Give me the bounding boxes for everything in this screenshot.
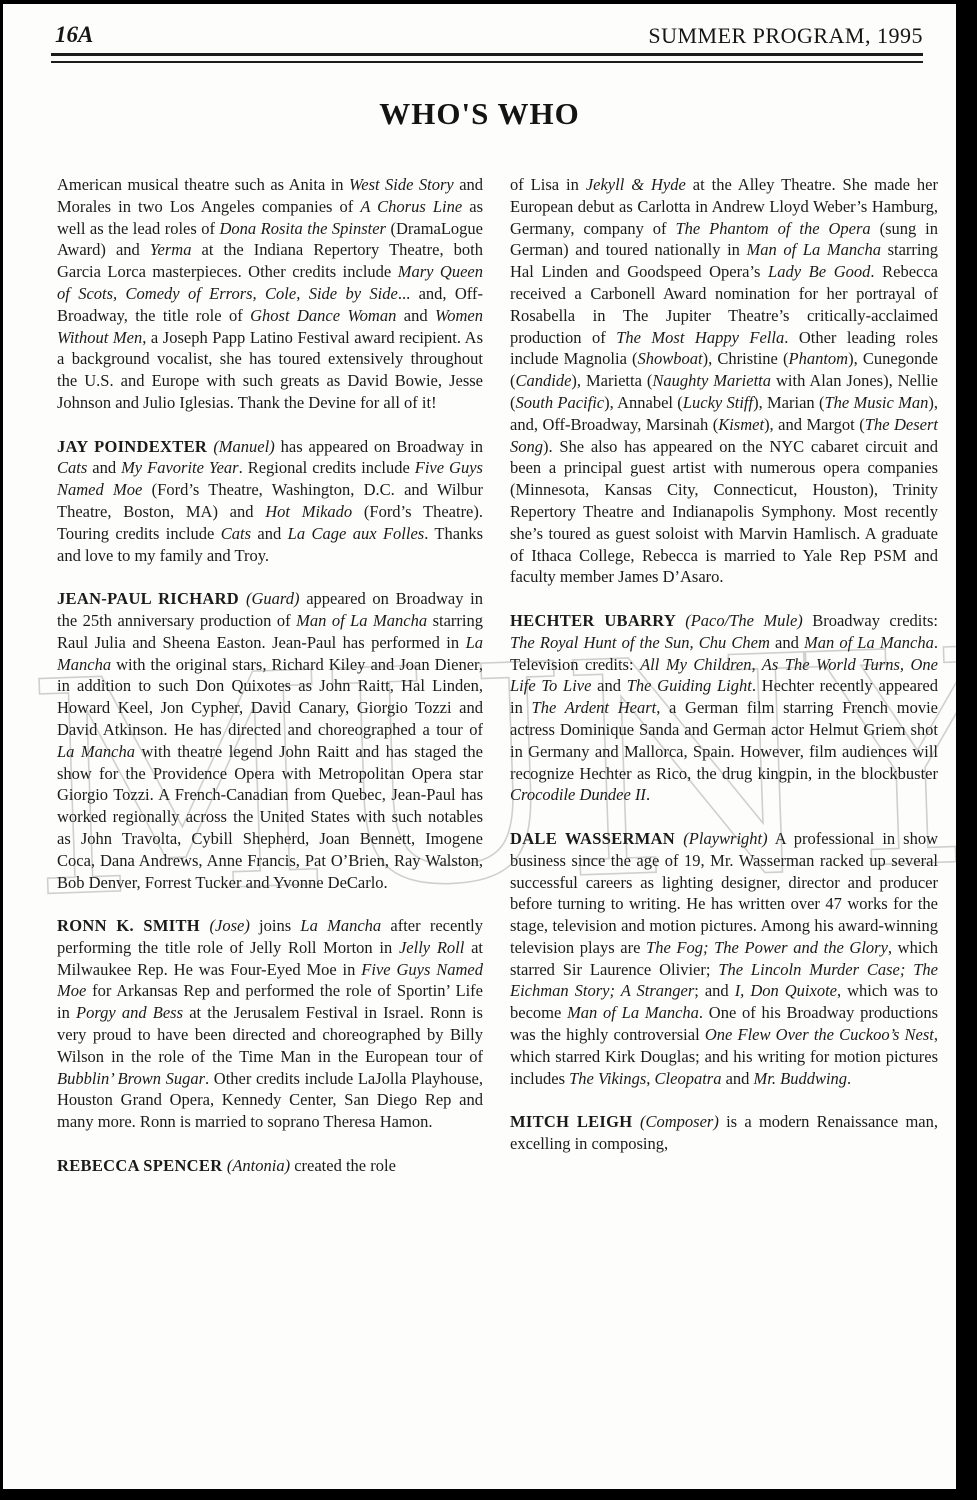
program-header: SUMMER PROGRAM, 1995 [648,23,923,49]
scanned-page: 16A SUMMER PROGRAM, 1995 WHO'S WHO Ameri… [0,0,977,1500]
column-left: American musical theatre such as Anita i… [57,174,483,1198]
program-page: 16A SUMMER PROGRAM, 1995 WHO'S WHO Ameri… [3,4,956,1489]
header-rule-bottom [51,61,923,63]
bio-rebecca-spencer-start: REBECCA SPENCER (Antonia) created the ro… [57,1155,483,1177]
column-right: of Lisa in Jekyll & Hyde at the Alley Th… [510,174,938,1177]
page-title: WHO'S WHO [3,96,956,132]
bio-jean-paul-richard: JEAN-PAUL RICHARD (Guard) appeared on Br… [57,588,483,893]
header-rule-top [51,53,923,56]
bio-ronn-k-smith: RONN K. SMITH (Jose) joins La Mancha aft… [57,915,483,1133]
page-number: 16A [55,22,93,48]
bio-mitch-leigh-start: MITCH LEIGH (Composer) is a modern Renai… [510,1111,938,1155]
bio-continuation-anita: American musical theatre such as Anita i… [57,174,483,414]
bio-dale-wasserman: DALE WASSERMAN (Playwright) A profession… [510,828,938,1090]
bio-hechter-ubarry: HECHTER UBARRY (Paco/The Mule) Broadway … [510,610,938,806]
bio-rebecca-spencer-continued: of Lisa in Jekyll & Hyde at the Alley Th… [510,174,938,588]
bio-jay-poindexter: JAY POINDEXTER (Manuel) has appeared on … [57,436,483,567]
